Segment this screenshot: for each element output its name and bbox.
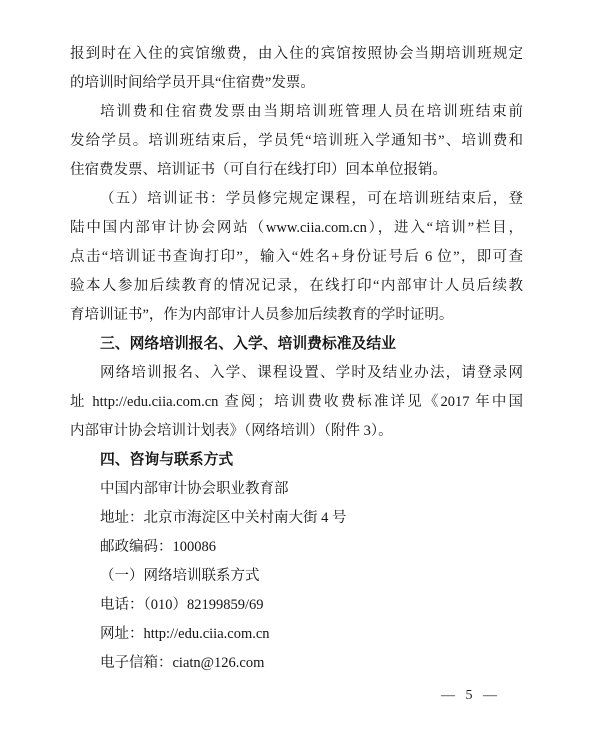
text-line: 培训费和住宿费发票由当期培训班管理人员在培训班结束前 — [70, 98, 523, 127]
text-line: 点击“培训证书查询打印”，输入“姓名+身份证号后 6 位”，即可查 — [70, 243, 523, 272]
text-line: 报到时在入住的宾馆缴费，由入住的宾馆按照协会当期培训班规定 — [70, 40, 523, 69]
page-footer: — 5 — — [441, 688, 497, 704]
text-line: 址 http://edu.ciia.com.cn 查阅；培训费收费标准详见《20… — [70, 388, 523, 417]
page-number: — 5 — — [441, 688, 497, 703]
text-line: 电子信箱：ciatn@126.com — [70, 649, 523, 678]
text-line: 中国内部审计协会职业教育部 — [70, 475, 523, 504]
text-line: 育培训证书”，作为内部审计人员参加后续教育的学时证明。 — [70, 301, 523, 330]
paragraph: 地址：北京市海淀区中关村南大街 4 号 — [70, 504, 523, 533]
text-line: （五）培训证书：学员修完规定课程，可在培训班结束后，登 — [70, 185, 523, 214]
text-line: 电话：（010）82199859/69 — [70, 591, 523, 620]
text-line: 的培训时间给学员开具“住宿费”发票。 — [70, 69, 523, 98]
heading-line: 四、咨询与联系方式 — [70, 446, 523, 475]
paragraph: （五）培训证书：学员修完规定课程，可在培训班结束后，登陆中国内部审计协会网站（w… — [70, 185, 523, 330]
text-line: 住宿费发票、培训证书（可自行在线打印）回本单位报销。 — [70, 156, 523, 185]
text-line: 网络培训报名、入学、课程设置、学时及结业办法，请登录网 — [70, 359, 523, 388]
text-line: 内部审计协会培训计划表》（网络培训）（附件 3）。 — [70, 417, 523, 446]
paragraph: 报到时在入住的宾馆缴费，由入住的宾馆按照协会当期培训班规定的培训时间给学员开具“… — [70, 40, 523, 98]
paragraph: 中国内部审计协会职业教育部 — [70, 475, 523, 504]
heading-line: 三、网络培训报名、入学、培训费标准及结业 — [70, 330, 523, 359]
text-line: 地址：北京市海淀区中关村南大街 4 号 — [70, 504, 523, 533]
paragraph: 电子信箱：ciatn@126.com — [70, 649, 523, 678]
paragraph: 培训费和住宿费发票由当期培训班管理人员在培训班结束前发给学员。培训班结束后，学员… — [70, 98, 523, 185]
text-line: 陆中国内部审计协会网站（www.ciia.com.cn），进入“培训”栏目， — [70, 214, 523, 243]
paragraph: 邮政编码：100086 — [70, 533, 523, 562]
section-heading: 三、网络培训报名、入学、培训费标准及结业 — [70, 330, 523, 359]
paragraph: 电话：（010）82199859/69 — [70, 591, 523, 620]
document-body: 报到时在入住的宾馆缴费，由入住的宾馆按照协会当期培训班规定的培训时间给学员开具“… — [70, 40, 523, 678]
document-page: 报到时在入住的宾馆缴费，由入住的宾馆按照协会当期培训班规定的培训时间给学员开具“… — [0, 0, 590, 749]
text-line: 发给学员。培训班结束后，学员凭“培训班入学通知书”、培训费和 — [70, 127, 523, 156]
text-line: 网址：http://edu.ciia.com.cn — [70, 620, 523, 649]
text-line: 邮政编码：100086 — [70, 533, 523, 562]
paragraph: 网络培训报名、入学、课程设置、学时及结业办法，请登录网址 http://edu.… — [70, 359, 523, 446]
section-heading: 四、咨询与联系方式 — [70, 446, 523, 475]
text-line: （一）网络培训联系方式 — [70, 562, 523, 591]
text-line: 验本人参加后续教育的情况记录，在线打印“内部审计人员后续教 — [70, 272, 523, 301]
paragraph: 网址：http://edu.ciia.com.cn — [70, 620, 523, 649]
paragraph: （一）网络培训联系方式 — [70, 562, 523, 591]
